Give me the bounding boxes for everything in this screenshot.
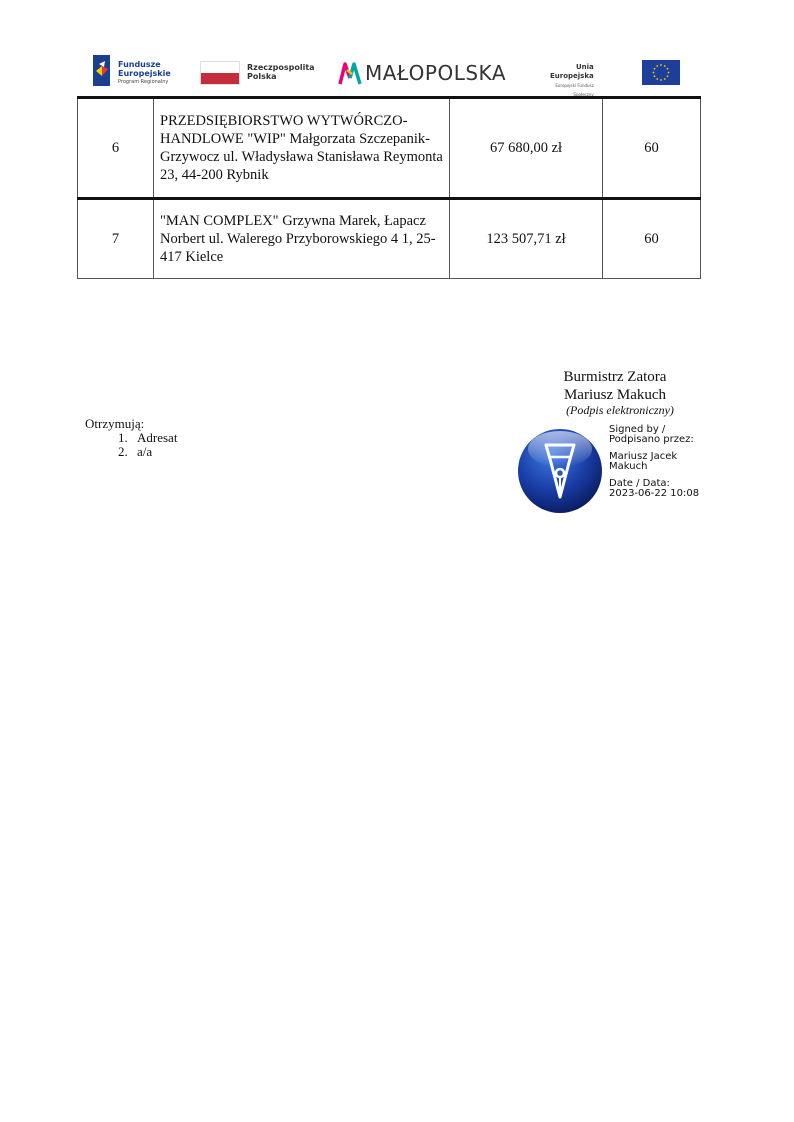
signatory-position: Burmistrz Zatora bbox=[540, 368, 690, 386]
recipients-list: Adresat a/a bbox=[85, 431, 177, 459]
signed-by-label-pl: Podpisano przez: bbox=[609, 434, 694, 445]
fundusze-star-icon bbox=[93, 55, 110, 86]
value-cell: 60 bbox=[603, 98, 701, 199]
polish-flag-icon bbox=[200, 61, 240, 85]
fe-sub: Program Regionalny bbox=[118, 78, 171, 86]
fountain-pen-nib-icon bbox=[516, 427, 606, 515]
price-cell: 123 507,71 zł bbox=[450, 199, 603, 279]
recipients: Otrzymują: Adresat a/a bbox=[85, 417, 177, 459]
signature-info: Signed by / Podpisano przez: Mariusz Jac… bbox=[609, 425, 699, 506]
ue-line1: Unia Europejska bbox=[550, 63, 594, 80]
signer-name-line2: Makuch bbox=[609, 461, 647, 472]
row-number: 7 bbox=[78, 199, 154, 279]
fe-line1: Fundusze bbox=[118, 60, 161, 69]
malopolska-text: MAŁOPOLSKA bbox=[365, 61, 506, 85]
malopolska-m-icon bbox=[338, 60, 362, 86]
signatory-name: Mariusz Makuch bbox=[540, 386, 690, 404]
date-value: 2023-06-22 10:08 bbox=[609, 488, 699, 499]
contractor-cell: "MAN COMPLEX" Grzywna Marek, Łapacz Norb… bbox=[154, 199, 450, 279]
value-cell: 60 bbox=[603, 199, 701, 279]
list-item: a/a bbox=[131, 445, 177, 459]
header-logos: Fundusze Europejskie Program Regionalny … bbox=[86, 47, 690, 95]
signatory-title: Burmistrz Zatora Mariusz Makuch bbox=[540, 368, 690, 404]
contractor-cell: PRZEDSIĘBIORSTWO WYTWÓRCZO-HANDLOWE "WIP… bbox=[154, 98, 450, 199]
list-item: Adresat bbox=[131, 431, 177, 445]
table-row: 6 PRZEDSIĘBIORSTWO WYTWÓRCZO-HANDLOWE "W… bbox=[78, 98, 701, 199]
eu-flag-icon bbox=[642, 60, 680, 85]
row-number: 6 bbox=[78, 98, 154, 199]
signature-note: (Podpis elektroniczny) bbox=[540, 403, 700, 418]
rp-line2: Polska bbox=[247, 72, 277, 81]
recipients-label: Otrzymują: bbox=[85, 417, 177, 431]
price-cell: 67 680,00 zł bbox=[450, 98, 603, 199]
table-row: 7 "MAN COMPLEX" Grzywna Marek, Łapacz No… bbox=[78, 199, 701, 279]
fe-line2: Europejskie bbox=[118, 69, 171, 78]
offers-table: 6 PRZEDSIĘBIORSTWO WYTWÓRCZO-HANDLOWE "W… bbox=[77, 96, 701, 279]
rp-line1: Rzeczpospolita bbox=[247, 63, 315, 72]
